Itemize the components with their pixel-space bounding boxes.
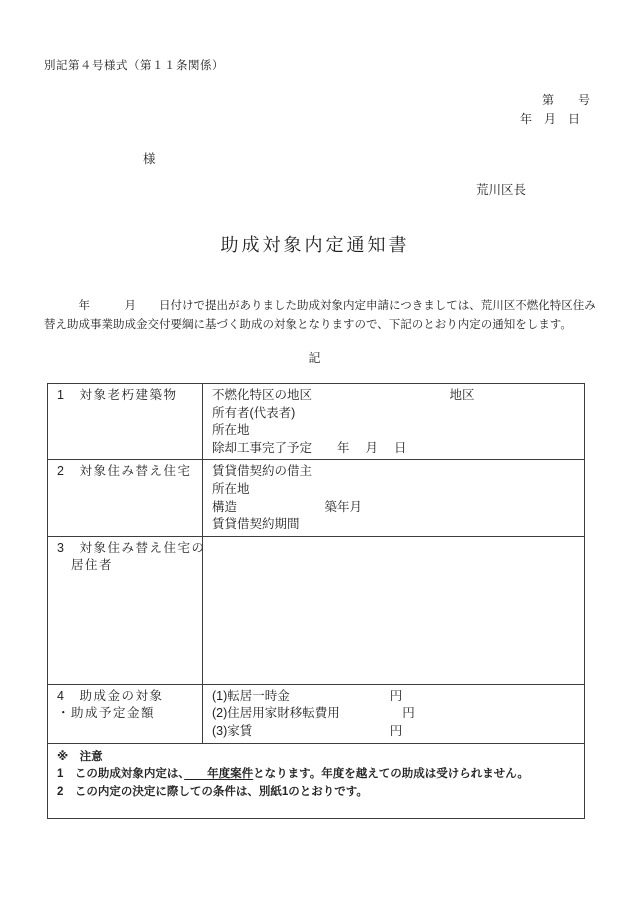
row-label-line: 居住者 — [57, 557, 193, 575]
notes-heading: ※ 注意 — [57, 749, 575, 767]
note-item-1: 1 この助成対象内定は、 年度案件となります。年度を越えての助成は受けられません… — [57, 766, 575, 784]
note-item-2: 2 この内定の決定に際しての条件は、別紙1のとおりです。 — [57, 784, 575, 802]
doc-number-line: 第 号 — [520, 91, 590, 110]
row3-label-cell: 3 対象住み替え住宅の 居住者 — [48, 536, 203, 684]
notice-table: 1 対象老朽建築物 不燃化特区の地区 地区 所有者(代表者) 所在地 除却工事完… — [47, 383, 585, 819]
content-line: 賃貸借契約の借主 — [212, 463, 575, 481]
row-label: 1 対象老朽建築物 — [57, 387, 193, 405]
doc-number-block: 第 号 年 月 日 — [520, 91, 590, 128]
notes-cell: ※ 注意 1 この助成対象内定は、 年度案件となります。年度を越えての助成は受け… — [48, 743, 585, 818]
row4-content-cell: (1)転居一時金 円 (2)住居用家財移転費用 円 (3)家賃 円 — [203, 684, 585, 743]
table-row-4: 4 助成金の対象 ・助成予定金額 (1)転居一時金 円 (2)住居用家財移転費用… — [48, 684, 585, 743]
content-line: (1)転居一時金 円 — [212, 688, 575, 706]
table-row-1: 1 対象老朽建築物 不燃化特区の地区 地区 所有者(代表者) 所在地 除却工事完… — [48, 384, 585, 460]
content-line: 所有者(代表者) — [212, 405, 575, 423]
note1-pre: 1 この助成対象内定は、 — [57, 768, 184, 780]
row2-content-cell: 賃貸借契約の借主 所在地 構造 築年月 賃貸借契約期間 — [203, 460, 585, 536]
content-line: (2)住居用家財移転費用 円 — [212, 705, 575, 723]
table-row-3: 3 対象住み替え住宅の 居住者 — [48, 536, 585, 684]
date-line: 年 月 日 — [520, 110, 590, 129]
content-line: 除却工事完了予定 年 月 日 — [212, 440, 575, 458]
row-label: 2 対象住み替え住宅 — [57, 463, 193, 481]
content-line: 構造 築年月 — [212, 499, 575, 517]
row2-label-cell: 2 対象住み替え住宅 — [48, 460, 203, 536]
body-line-2: 替え助成事業助成金交付要綱に基づく助成の対象となりますので、下記のとおり内定の通… — [44, 316, 596, 335]
notes-row: ※ 注意 1 この助成対象内定は、 年度案件となります。年度を越えての助成は受け… — [48, 743, 585, 818]
content-line: 不燃化特区の地区 地区 — [212, 387, 575, 405]
row3-content-cell — [203, 536, 585, 684]
row-label-line: 4 助成金の対象 — [57, 688, 193, 706]
form-reference: 別記第４号様式（第１１条関係） — [44, 57, 224, 73]
sender-name: 荒川区長 — [476, 180, 526, 198]
content-line: 所在地 — [212, 481, 575, 499]
row4-label-cell: 4 助成金の対象 ・助成予定金額 — [48, 684, 203, 743]
addressee-honorific: 様 — [143, 149, 156, 167]
row-label-line: ・助成予定金額 — [57, 705, 193, 723]
note1-underlined-blank: 年度案件 — [184, 768, 253, 780]
document-page: 別記第４号様式（第１１条関係） 第 号 年 月 日 様 荒川区長 助成対象内定通… — [0, 0, 630, 903]
row-label-line: 3 対象住み替え住宅の — [57, 540, 193, 558]
body-paragraph: 年 月 日付けで提出がありました助成対象内定申請につきましては、荒川区不燃化特区… — [44, 297, 596, 335]
content-line: 所在地 — [212, 422, 575, 440]
body-line-1: 年 月 日付けで提出がありました助成対象内定申請につきましては、荒川区不燃化特区… — [44, 297, 596, 316]
content-line: 賃貸借契約期間 — [212, 516, 575, 534]
row1-content-cell: 不燃化特区の地区 地区 所有者(代表者) 所在地 除却工事完了予定 年 月 日 — [203, 384, 585, 460]
note1-post: となります。年度を越えての助成は受けられません。 — [253, 768, 529, 780]
content-line: (3)家賃 円 — [212, 723, 575, 741]
table-row-2: 2 対象住み替え住宅 賃貸借契約の借主 所在地 構造 築年月 賃貸借契約期間 — [48, 460, 585, 536]
row1-label-cell: 1 対象老朽建築物 — [48, 384, 203, 460]
record-mark: 記 — [0, 349, 630, 366]
document-title: 助成対象内定通知書 — [0, 231, 630, 257]
